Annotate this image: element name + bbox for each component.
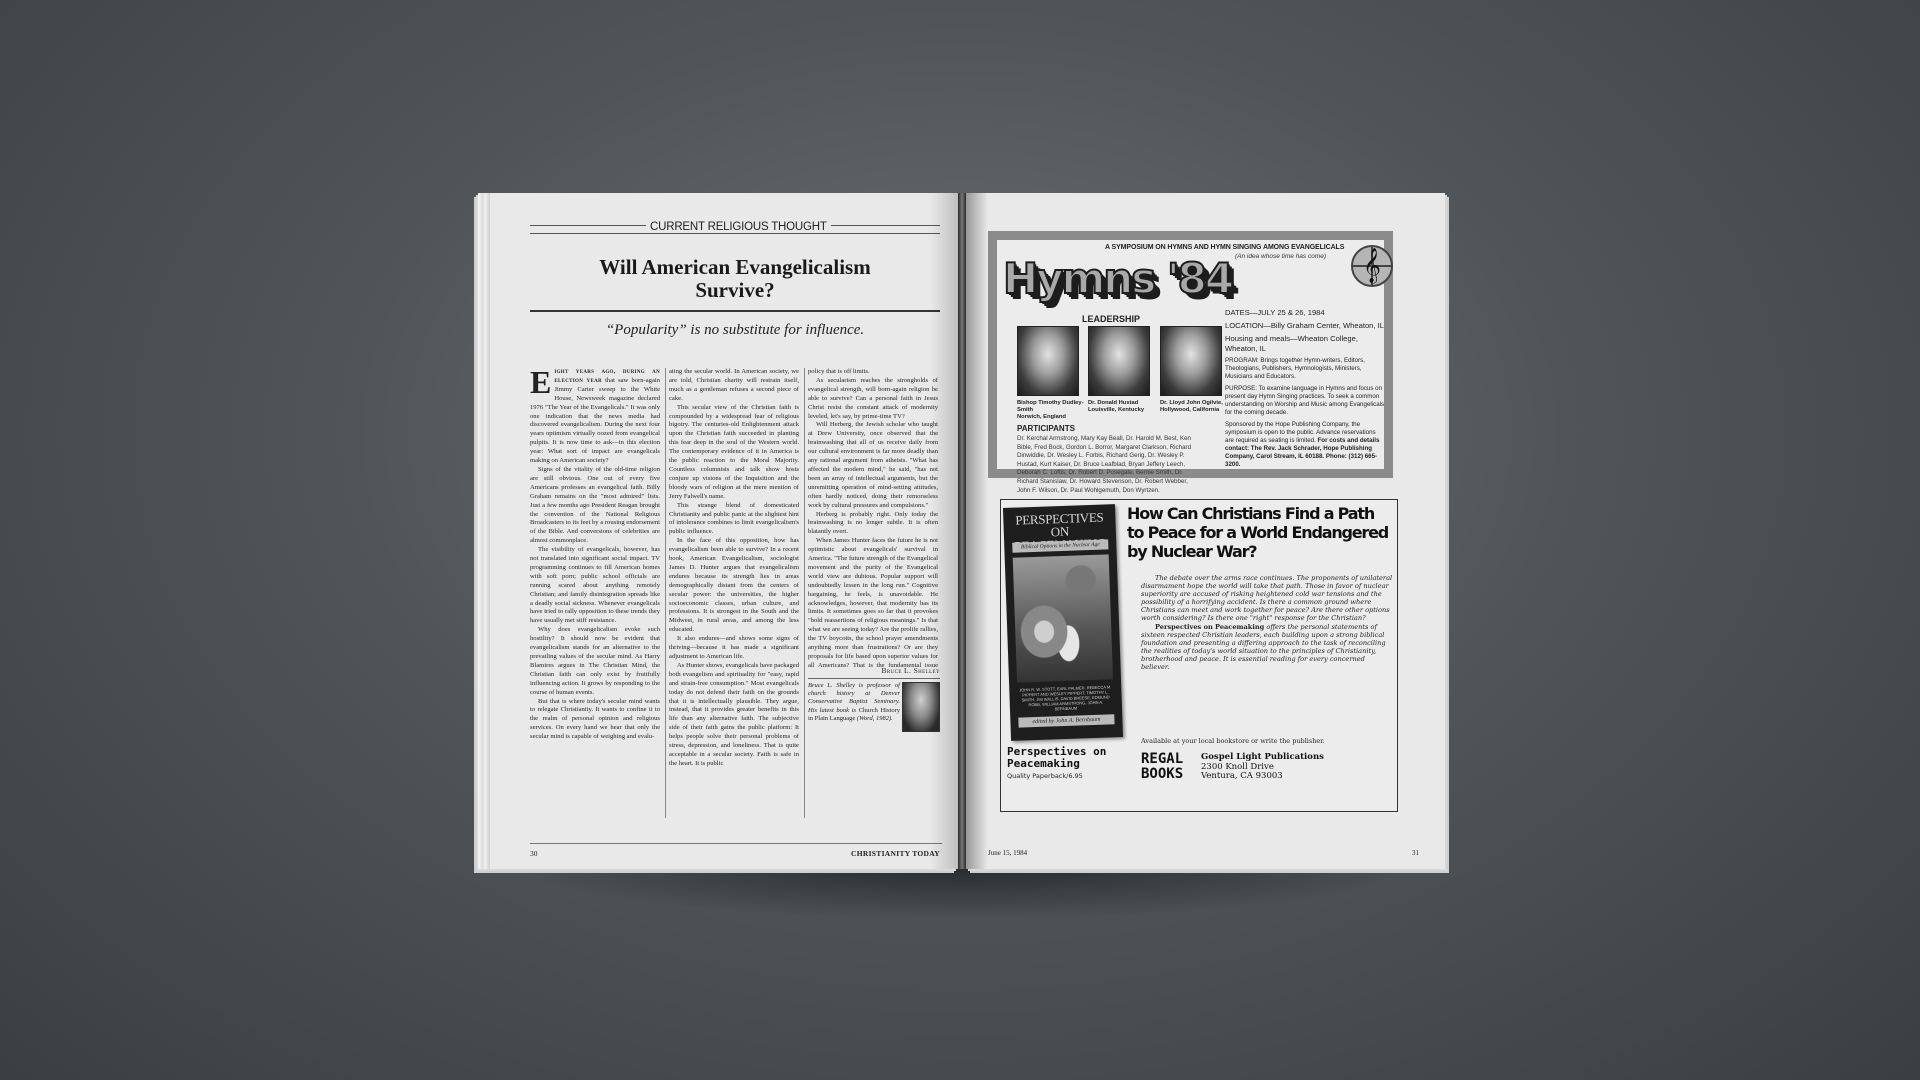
leader-name: Bishop Timothy Dudley-Smith [1017, 400, 1085, 414]
ad-paragraph-text: offers the personal statements of sixtee… [1141, 623, 1386, 671]
book-title-line: Peacemaking [1007, 758, 1106, 770]
paragraph: Why does evangelicalism evoke such hosti… [530, 626, 660, 697]
ad-headline: How Can Christians Find a Path to Peace … [1127, 504, 1393, 561]
hymns-ad: A SYMPOSIUM ON HYMNS AND HYMN SINGING AM… [988, 231, 1393, 478]
book-title-inline: Perspectives on Peacemaking [1155, 623, 1264, 631]
book-price: Quality Paperback/6.95 [1007, 772, 1083, 780]
event-info: DATES—JULY 25 & 26, 1984 LOCATION—Billy … [1225, 308, 1385, 473]
event-housing: Housing and meals—Wheaton College, Wheat… [1225, 334, 1385, 354]
paragraph: In the face of this opposition, how has … [669, 537, 799, 635]
leader-photo [1160, 326, 1222, 396]
right-page: A SYMPOSIUM ON HYMNS AND HYMN SINGING AM… [966, 193, 1445, 869]
leader-place: Hollywood, California [1160, 407, 1228, 414]
leader-photo [1088, 326, 1150, 396]
paragraph: Will Herberg, the Jewish scholar who tau… [808, 421, 938, 510]
participants-list: Dr. Kerchal Armstrong, Mary Kay Beall, D… [1017, 435, 1197, 495]
paragraph: This secular view of the Christian faith… [669, 404, 799, 502]
leadership-heading: LEADERSHIP [1082, 314, 1140, 324]
column-rule [804, 368, 805, 818]
footer-rule [530, 843, 942, 844]
ad-paragraph: Perspectives on Peacemaking offers the p… [1141, 623, 1393, 672]
event-program: PROGRAM: Brings together Hymn-writers, E… [1225, 357, 1385, 381]
paragraph: As Hunter shows, evangelicals have packa… [669, 662, 799, 769]
article-body: Eight years ago, during an election year… [530, 368, 942, 818]
spine-gutter [958, 193, 966, 869]
column-1: Eight years ago, during an election year… [530, 368, 660, 818]
article-deck: “Popularity” is no substitute for influe… [530, 322, 940, 339]
spread-shadow [500, 860, 1430, 920]
drop-cap: E [530, 369, 551, 395]
availability-note: Available at your local bookstore or wri… [1141, 737, 1325, 745]
paragraph: This strange blend of domesticated Chris… [669, 502, 799, 538]
publication-name: CHRISTIANITY TODAY [851, 849, 940, 858]
left-page: CURRENT RELIGIOUS THOUGHT Will American … [478, 193, 958, 869]
cover-editor: edited by John A. Bernbaum [1018, 714, 1114, 727]
bio-tail: (Word, 1982). [857, 715, 893, 722]
title-line: Will American Evangelicalism [530, 256, 940, 279]
issue-date: June 15, 1984 [988, 849, 1027, 857]
author-byline: Bruce L. Shelley [808, 666, 940, 675]
page-number: 30 [530, 849, 538, 858]
article-title: Will American Evangelicalism Survive? [530, 256, 940, 302]
logo-line: BOOKS [1141, 767, 1183, 782]
leader-place: Norwich, England [1017, 414, 1085, 421]
author-photo [902, 682, 940, 732]
paragraph: Signs of the vitality of the old-time re… [530, 466, 660, 546]
author-bio: Bruce L. Shelley is professor of church … [808, 682, 900, 723]
ad-tagline: (An idea whose time has come) [1235, 253, 1326, 260]
bio-rule [808, 678, 940, 679]
magazine-spread: CURRENT RELIGIOUS THOUGHT Will American … [478, 193, 1445, 869]
paragraph: Herberg is probably right. Only today th… [808, 511, 938, 538]
event-sponsor: Sponsored by the Hope Publishing Company… [1225, 421, 1385, 469]
cover-authors: JOHN R. W. STOTT, EARL PALMER, REBECCA M… [1017, 684, 1114, 712]
column-rule [665, 368, 666, 818]
title-rule [530, 310, 940, 312]
page-number: 31 [1412, 849, 1419, 857]
leader-caption: Dr. Lloyd John Ogilvie, Hollywood, Calif… [1160, 400, 1228, 414]
paragraph: When James Hunter faces the future he is… [808, 537, 938, 668]
lion-and-lamb-illustration [1013, 554, 1113, 682]
event-dates: DATES—JULY 25 & 26, 1984 [1225, 308, 1385, 318]
event-purpose: PURPOSE: To examine language in Hymns an… [1225, 385, 1385, 417]
book-ad: PERSPECTIVES ON PEACEMAKING Biblical Opt… [1000, 499, 1398, 812]
column-2: ating the secular world. In American soc… [669, 368, 799, 818]
leader-name: Dr. Donald Hustad [1088, 400, 1156, 407]
header-rule [530, 233, 940, 234]
book-title: Perspectives on Peacemaking [1007, 746, 1106, 770]
treble-clef-icon: 𝄞 [1351, 245, 1393, 287]
regal-books-logo: REGAL BOOKS [1141, 752, 1183, 782]
ad-kicker: A SYMPOSIUM ON HYMNS AND HYMN SINGING AM… [1105, 244, 1344, 251]
participants-heading: PARTICIPANTS [1017, 424, 1075, 433]
paragraph: The visibility of evangelicals, however,… [530, 546, 660, 626]
ad-body: The debate over the arms race continues.… [1141, 574, 1393, 671]
ad-paragraph: The debate over the arms race continues.… [1141, 574, 1393, 623]
clef-glyph: 𝄞 [1363, 249, 1381, 283]
leader-photo [1017, 326, 1079, 396]
paragraph: It also endures—and shows some signs of … [669, 635, 799, 662]
address-line: Ventura, CA 93003 [1201, 772, 1324, 782]
section-label: CURRENT RELIGIOUS THOUGHT [646, 221, 831, 233]
paragraph: But that is where today's secular mind w… [530, 698, 660, 743]
paragraph: ating the secular world. In American soc… [669, 368, 799, 404]
section-header: CURRENT RELIGIOUS THOUGHT [530, 223, 940, 237]
leader-name: Dr. Lloyd John Ogilvie, [1160, 400, 1228, 407]
leader-caption: Dr. Donald Hustad Louisville, Kentucky [1088, 400, 1156, 414]
column-3: policy that is off limits. As secularism… [808, 368, 938, 668]
hymns-84-logo: Hymns '84 [1003, 256, 1232, 302]
paragraph: policy that is off limits. [808, 368, 938, 377]
leader-place: Louisville, Kentucky [1088, 407, 1156, 414]
logo-line: REGAL [1141, 752, 1183, 767]
event-location: LOCATION—Billy Graham Center, Wheaton, I… [1225, 321, 1385, 331]
title-line: Survive? [530, 279, 940, 302]
publisher-address: Gospel Light Publications 2300 Knoll Dri… [1201, 753, 1324, 782]
paragraph: As secularism reaches the strongholds of… [808, 377, 938, 422]
leader-caption: Bishop Timothy Dudley-Smith Norwich, Eng… [1017, 400, 1085, 421]
book-cover: PERSPECTIVES ON PEACEMAKING Biblical Opt… [1003, 504, 1123, 741]
